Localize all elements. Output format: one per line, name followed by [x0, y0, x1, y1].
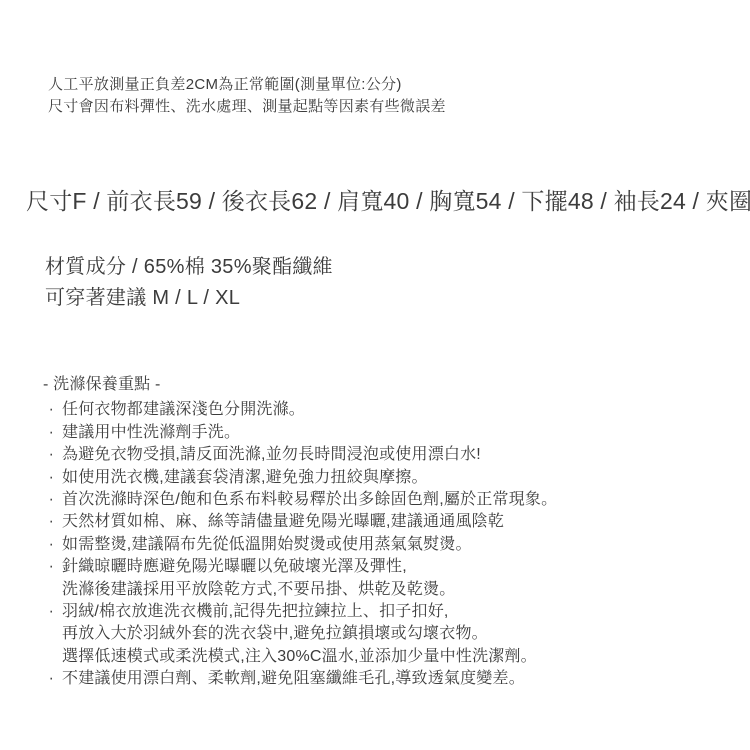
size-spec-line: 尺寸F / 前衣長59 / 後衣長62 / 肩寬40 / 胸寬54 / 下擺48…	[26, 187, 750, 215]
care-instruction: ‧針織晾曬時應避免陽光曝曬以免破壞光澤及彈性,	[43, 556, 557, 578]
care-instruction-text: 不建議使用漂白劑、柔軟劑,避免阻塞纖維毛孔,導致透氣度變差。	[62, 670, 525, 687]
care-instruction-text: 如需整燙,建議隔布先從低溫開始熨燙或使用蒸氣氣熨燙。	[62, 536, 472, 553]
care-instruction: ‧如使用洗衣機,建議套袋清潔,避免強力扭絞與摩擦。	[43, 467, 557, 489]
care-instruction: ‧建議用中性洗滌劑手洗。	[43, 422, 557, 444]
care-instruction: ‧首次洗滌時深色/飽和色系布料較易釋於出多餘固色劑,屬於正常現象。	[43, 489, 557, 511]
bullet-dot-icon: ‧	[49, 601, 54, 623]
bullet-dot-icon: ‧	[49, 422, 54, 444]
bullet-dot-icon: ‧	[49, 489, 54, 511]
wear-suggestion: 可穿著建議 M / L / XL	[45, 283, 333, 314]
measurement-notes: 人工平放測量正負差2CM為正常範圍(測量單位:公分) 尺寸會因布料彈性、洗水處理…	[48, 74, 446, 118]
care-instruction-text: 建議用中性洗滌劑手洗。	[62, 424, 240, 441]
care-instruction-text: 再放入大於羽絨外套的洗衣袋中,避免拉鎮損壞或勾壞衣物。	[62, 625, 488, 642]
care-instruction-continuation: 選擇低速模式或柔洗模式,注入30%C溫水,並添加少量中性洗潔劑。	[43, 646, 557, 668]
care-instruction-text: 如使用洗衣機,建議套袋清潔,避免強力扭絞與摩擦。	[62, 469, 428, 486]
bullet-dot-icon: ‧	[49, 444, 54, 466]
product-info-page: 人工平放測量正負差2CM為正常範圍(測量單位:公分) 尺寸會因布料彈性、洗水處理…	[0, 0, 750, 750]
care-instruction: ‧羽絨/棉衣放進洗衣機前,記得先把拉鍊拉上、扣子扣好,	[43, 601, 557, 623]
care-section: - 洗滌保養重點 - ‧任何衣物都建議深淺色分開洗滌。 ‧建議用中性洗滌劑手洗。…	[43, 374, 557, 691]
material-composition: 材質成分 / 65%棉 35%聚酯纖維	[45, 252, 333, 283]
care-instruction-text: 為避免衣物受損,請反面洗滌,並勿長時間浸泡或使用漂白水!	[62, 446, 481, 463]
care-instruction: ‧如需整燙,建議隔布先從低溫開始熨燙或使用蒸氣氣熨燙。	[43, 534, 557, 556]
care-instruction-text: 選擇低速模式或柔洗模式,注入30%C溫水,並添加少量中性洗潔劑。	[62, 648, 537, 665]
care-instruction: ‧任何衣物都建議深淺色分開洗滌。	[43, 399, 557, 421]
care-instruction: ‧為避免衣物受損,請反面洗滌,並勿長時間浸泡或使用漂白水!	[43, 444, 557, 466]
bullet-dot-icon: ‧	[49, 534, 54, 556]
care-instruction-text: 天然材質如棉、麻、絲等請儘量避免陽光曝曬,建議通通風陰乾	[62, 513, 504, 530]
care-instruction-text: 首次洗滌時深色/飽和色系布料較易釋於出多餘固色劑,屬於正常現象。	[62, 491, 557, 508]
care-instruction-text: 羽絨/棉衣放進洗衣機前,記得先把拉鍊拉上、扣子扣好,	[62, 603, 449, 620]
care-instruction: ‧不建議使用漂白劑、柔軟劑,避免阻塞纖維毛孔,導致透氣度變差。	[43, 668, 557, 690]
measurement-note-line1: 人工平放測量正負差2CM為正常範圍(測量單位:公分)	[48, 74, 446, 96]
care-section-heading: - 洗滌保養重點 -	[43, 374, 557, 396]
measurement-note-line2: 尺寸會因布料彈性、洗水處理、測量起點等因素有些微誤差	[48, 96, 446, 118]
care-instruction: ‧天然材質如棉、麻、絲等請儘量避免陽光曝曬,建議通通風陰乾	[43, 511, 557, 533]
care-instruction-text: 洗滌後建議採用平放陰乾方式,不要吊掛、烘乾及乾燙。	[62, 581, 455, 598]
bullet-dot-icon: ‧	[49, 668, 54, 690]
care-instruction-text: 針織晾曬時應避免陽光曝曬以免破壞光澤及彈性,	[62, 558, 407, 575]
care-instruction-continuation: 洗滌後建議採用平放陰乾方式,不要吊掛、烘乾及乾燙。	[43, 579, 557, 601]
care-instruction-text: 任何衣物都建議深淺色分開洗滌。	[62, 401, 305, 418]
bullet-dot-icon: ‧	[49, 511, 54, 533]
bullet-dot-icon: ‧	[49, 556, 54, 578]
care-instruction-continuation: 再放入大於羽絨外套的洗衣袋中,避免拉鎮損壞或勾壞衣物。	[43, 623, 557, 645]
material-info: 材質成分 / 65%棉 35%聚酯纖維 可穿著建議 M / L / XL	[45, 252, 333, 314]
bullet-dot-icon: ‧	[49, 399, 54, 421]
care-instructions-list: ‧任何衣物都建議深淺色分開洗滌。 ‧建議用中性洗滌劑手洗。 ‧為避免衣物受損,請…	[43, 399, 557, 690]
bullet-dot-icon: ‧	[49, 467, 54, 489]
